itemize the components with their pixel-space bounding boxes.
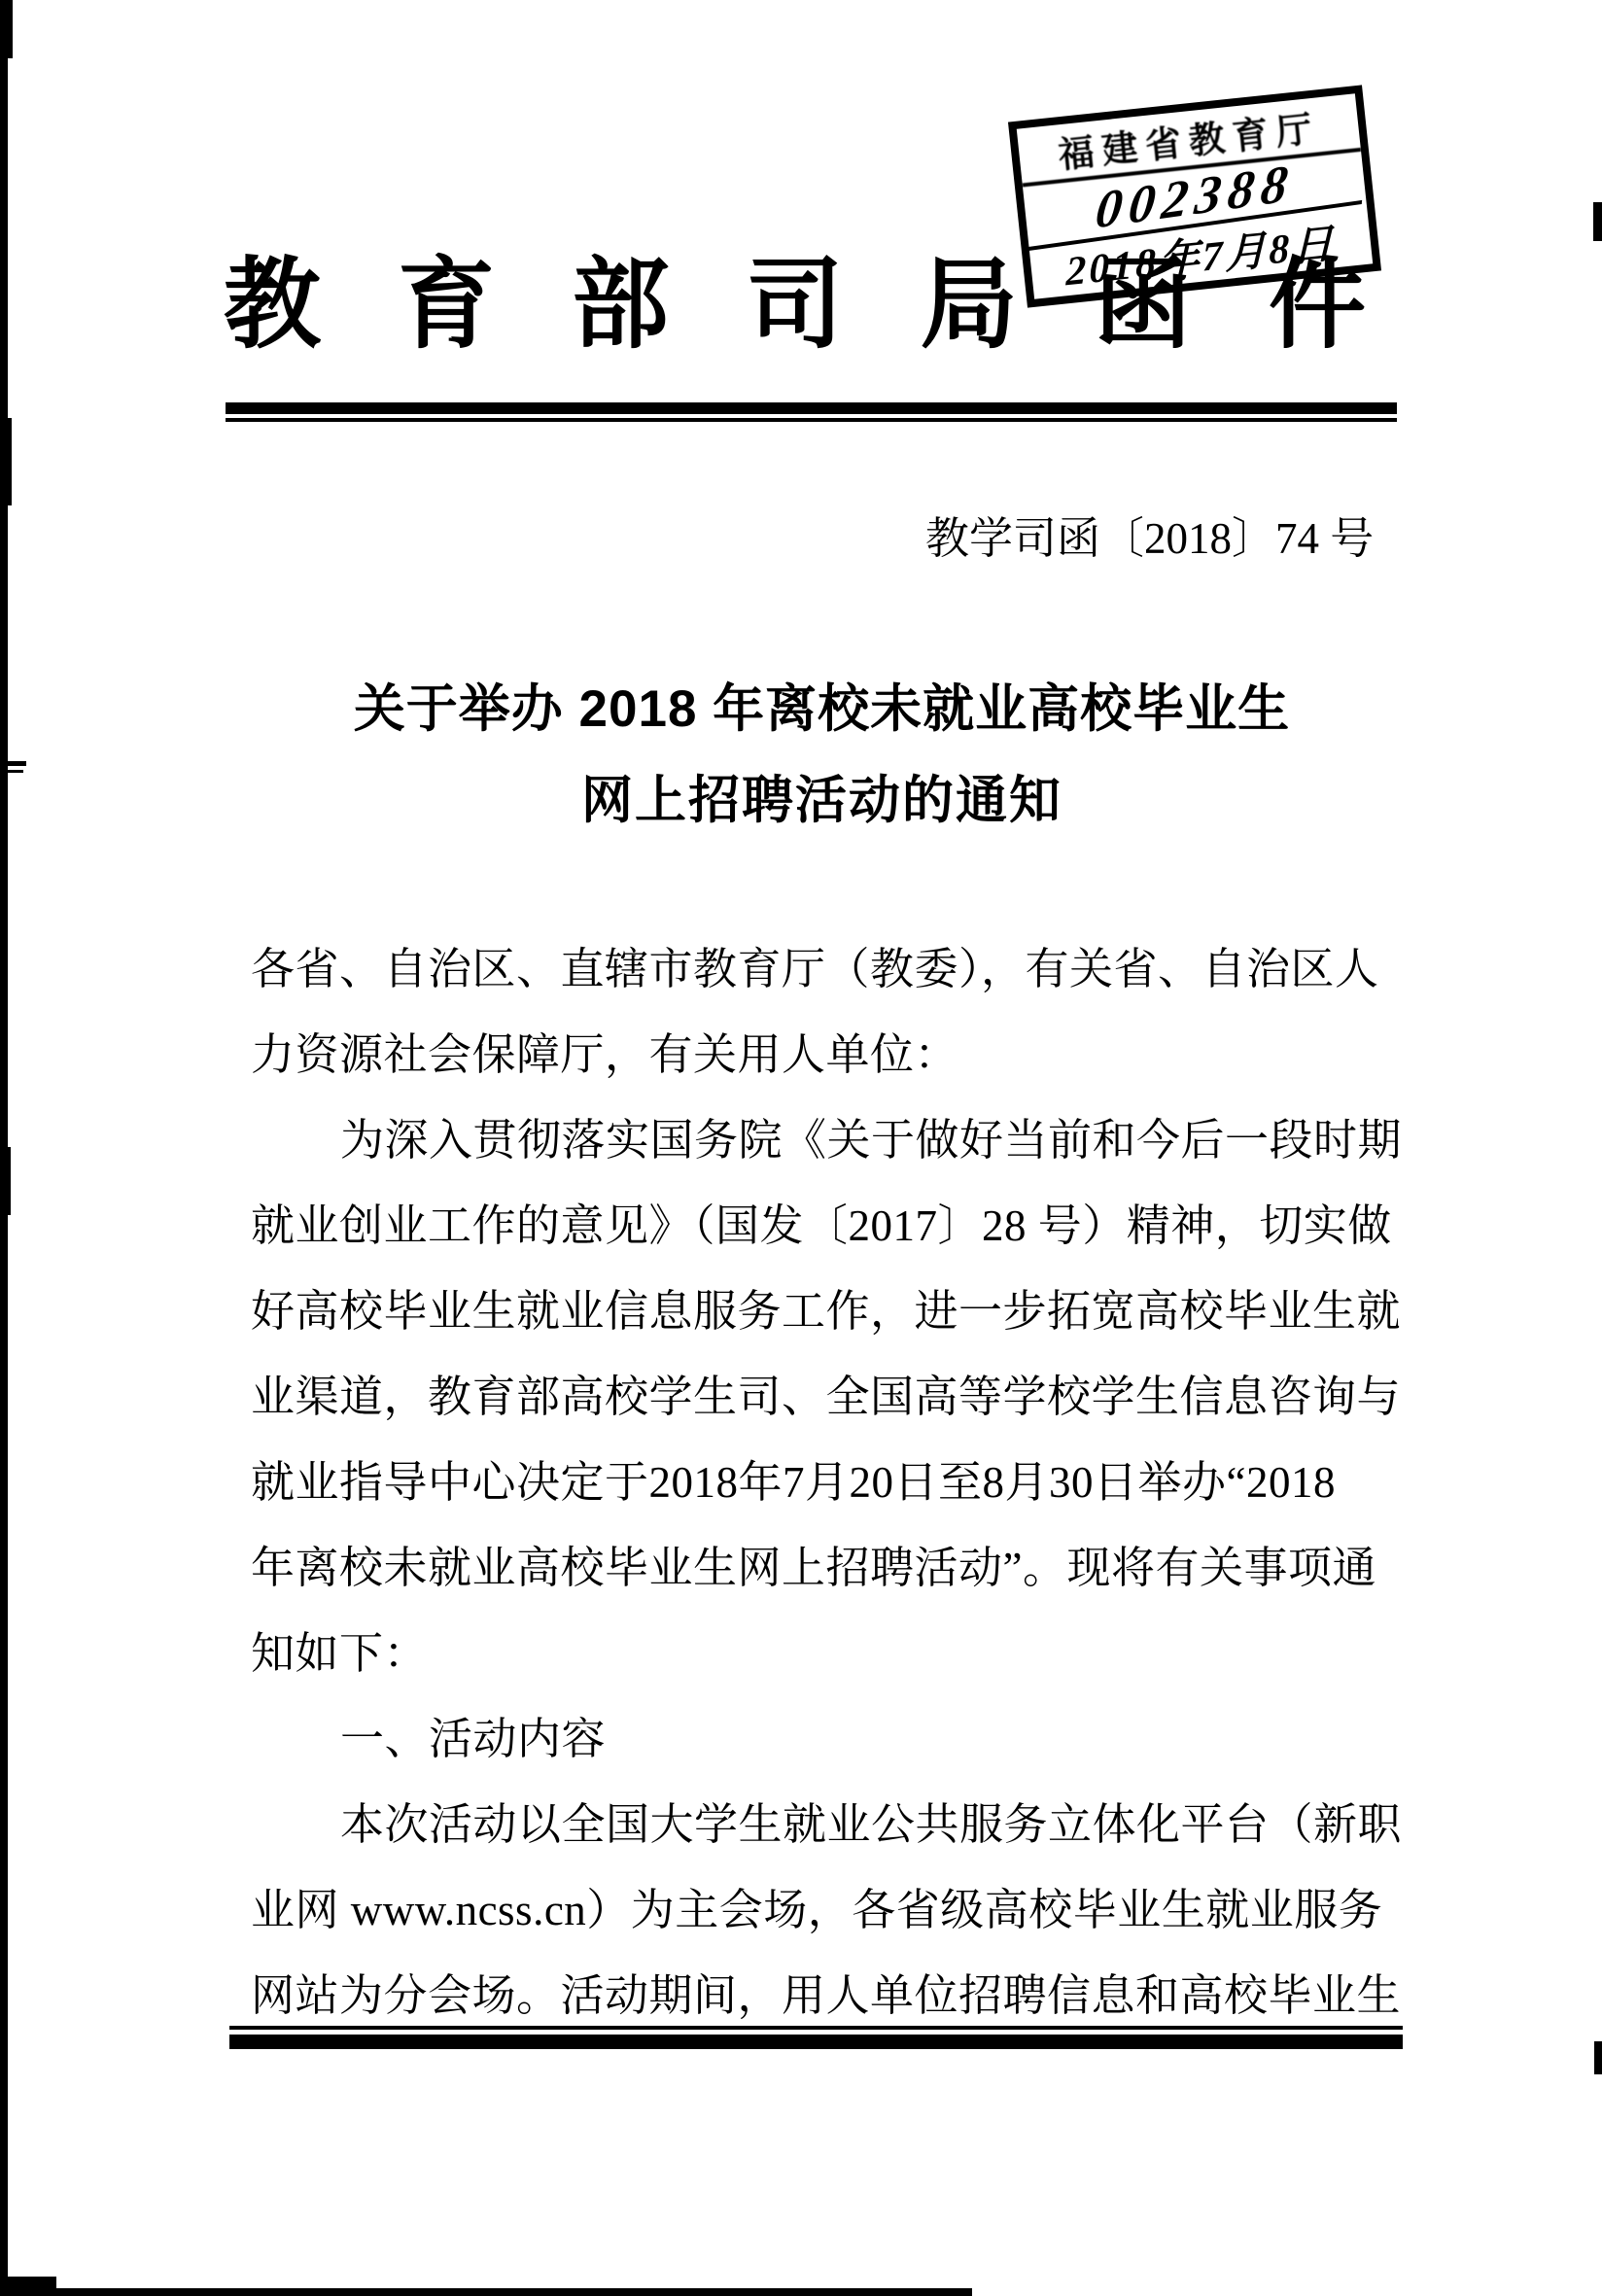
body-line: 好高校毕业生就业信息服务工作，进一步拓宽高校毕业生就 bbox=[251, 1269, 1398, 1354]
body-line: 本次活动以全国大学生就业公共服务立体化平台（新职 bbox=[251, 1782, 1398, 1867]
left-margin-dash-mark bbox=[0, 761, 26, 766]
header-rule-thin bbox=[226, 418, 1397, 422]
body-line: 就业指导中心决定于2018年7月20日至8月30日举办“2018 bbox=[251, 1440, 1398, 1525]
bottom-edge-scan-artifact bbox=[0, 2277, 56, 2296]
body-line: 年离校未就业高校毕业生网上招聘活动”。现将有关事项通 bbox=[251, 1525, 1398, 1611]
body-line: 力资源社会保障厅，有关用人单位： bbox=[251, 1012, 1398, 1097]
body-line: 就业创业工作的意见》（国发〔2017〕28 号）精神，切实做 bbox=[251, 1183, 1398, 1269]
masthead-char: 部 bbox=[572, 257, 669, 356]
document-reference-number: 教学司函〔2018〕74 号 bbox=[925, 513, 1373, 564]
header-rule-thick bbox=[226, 402, 1397, 414]
masthead-char: 育 bbox=[398, 257, 495, 356]
footer-rule-thick bbox=[229, 2035, 1403, 2049]
right-edge-scan-artifact bbox=[1594, 2041, 1602, 2074]
body-text: 各省、自治区、直辖市教育厅（教委），有关省、自治区人 力资源社会保障厅，有关用人… bbox=[251, 926, 1398, 2038]
registry-stamp: 福建省教育厅 002388 2018年7月8日 bbox=[1008, 85, 1381, 307]
left-edge-scan-artifact bbox=[0, 0, 13, 58]
scanned-document-page: 教 育 部 司 局 函 件 福建省教育厅 002388 2018年7月8日 教学… bbox=[0, 0, 1602, 2296]
masthead-char: 司 bbox=[746, 257, 843, 356]
footer-rule-thin bbox=[229, 2026, 1403, 2030]
left-margin-dash-mark bbox=[2, 770, 23, 773]
body-line: 业网 www.ncss.cn）为主会场，各省级高校毕业生就业服务 bbox=[251, 1867, 1398, 1953]
body-line: 各省、自治区、直辖市教育厅（教委），有关省、自治区人 bbox=[251, 926, 1398, 1012]
left-edge-scan-artifact bbox=[0, 1147, 11, 1215]
masthead-char: 局 bbox=[921, 257, 1018, 356]
masthead-char: 教 bbox=[224, 257, 321, 356]
body-line: 为深入贯彻落实国务院《关于做好当前和今后一段时期 bbox=[251, 1097, 1398, 1183]
body-line: 业渠道，教育部高校学生司、全国高等学校学生信息咨询与 bbox=[251, 1354, 1398, 1440]
bottom-edge-scan-artifact bbox=[0, 2288, 972, 2296]
body-section-heading: 一、活动内容 bbox=[251, 1696, 1398, 1782]
right-edge-scan-artifact bbox=[1593, 202, 1602, 241]
body-line: 知如下： bbox=[251, 1611, 1398, 1696]
notice-title-line1: 关于举办 2018 年离校未就业高校毕业生 bbox=[251, 678, 1393, 741]
notice-title-line2: 网上招聘活动的通知 bbox=[251, 770, 1393, 832]
left-edge-scan-artifact bbox=[0, 418, 12, 505]
